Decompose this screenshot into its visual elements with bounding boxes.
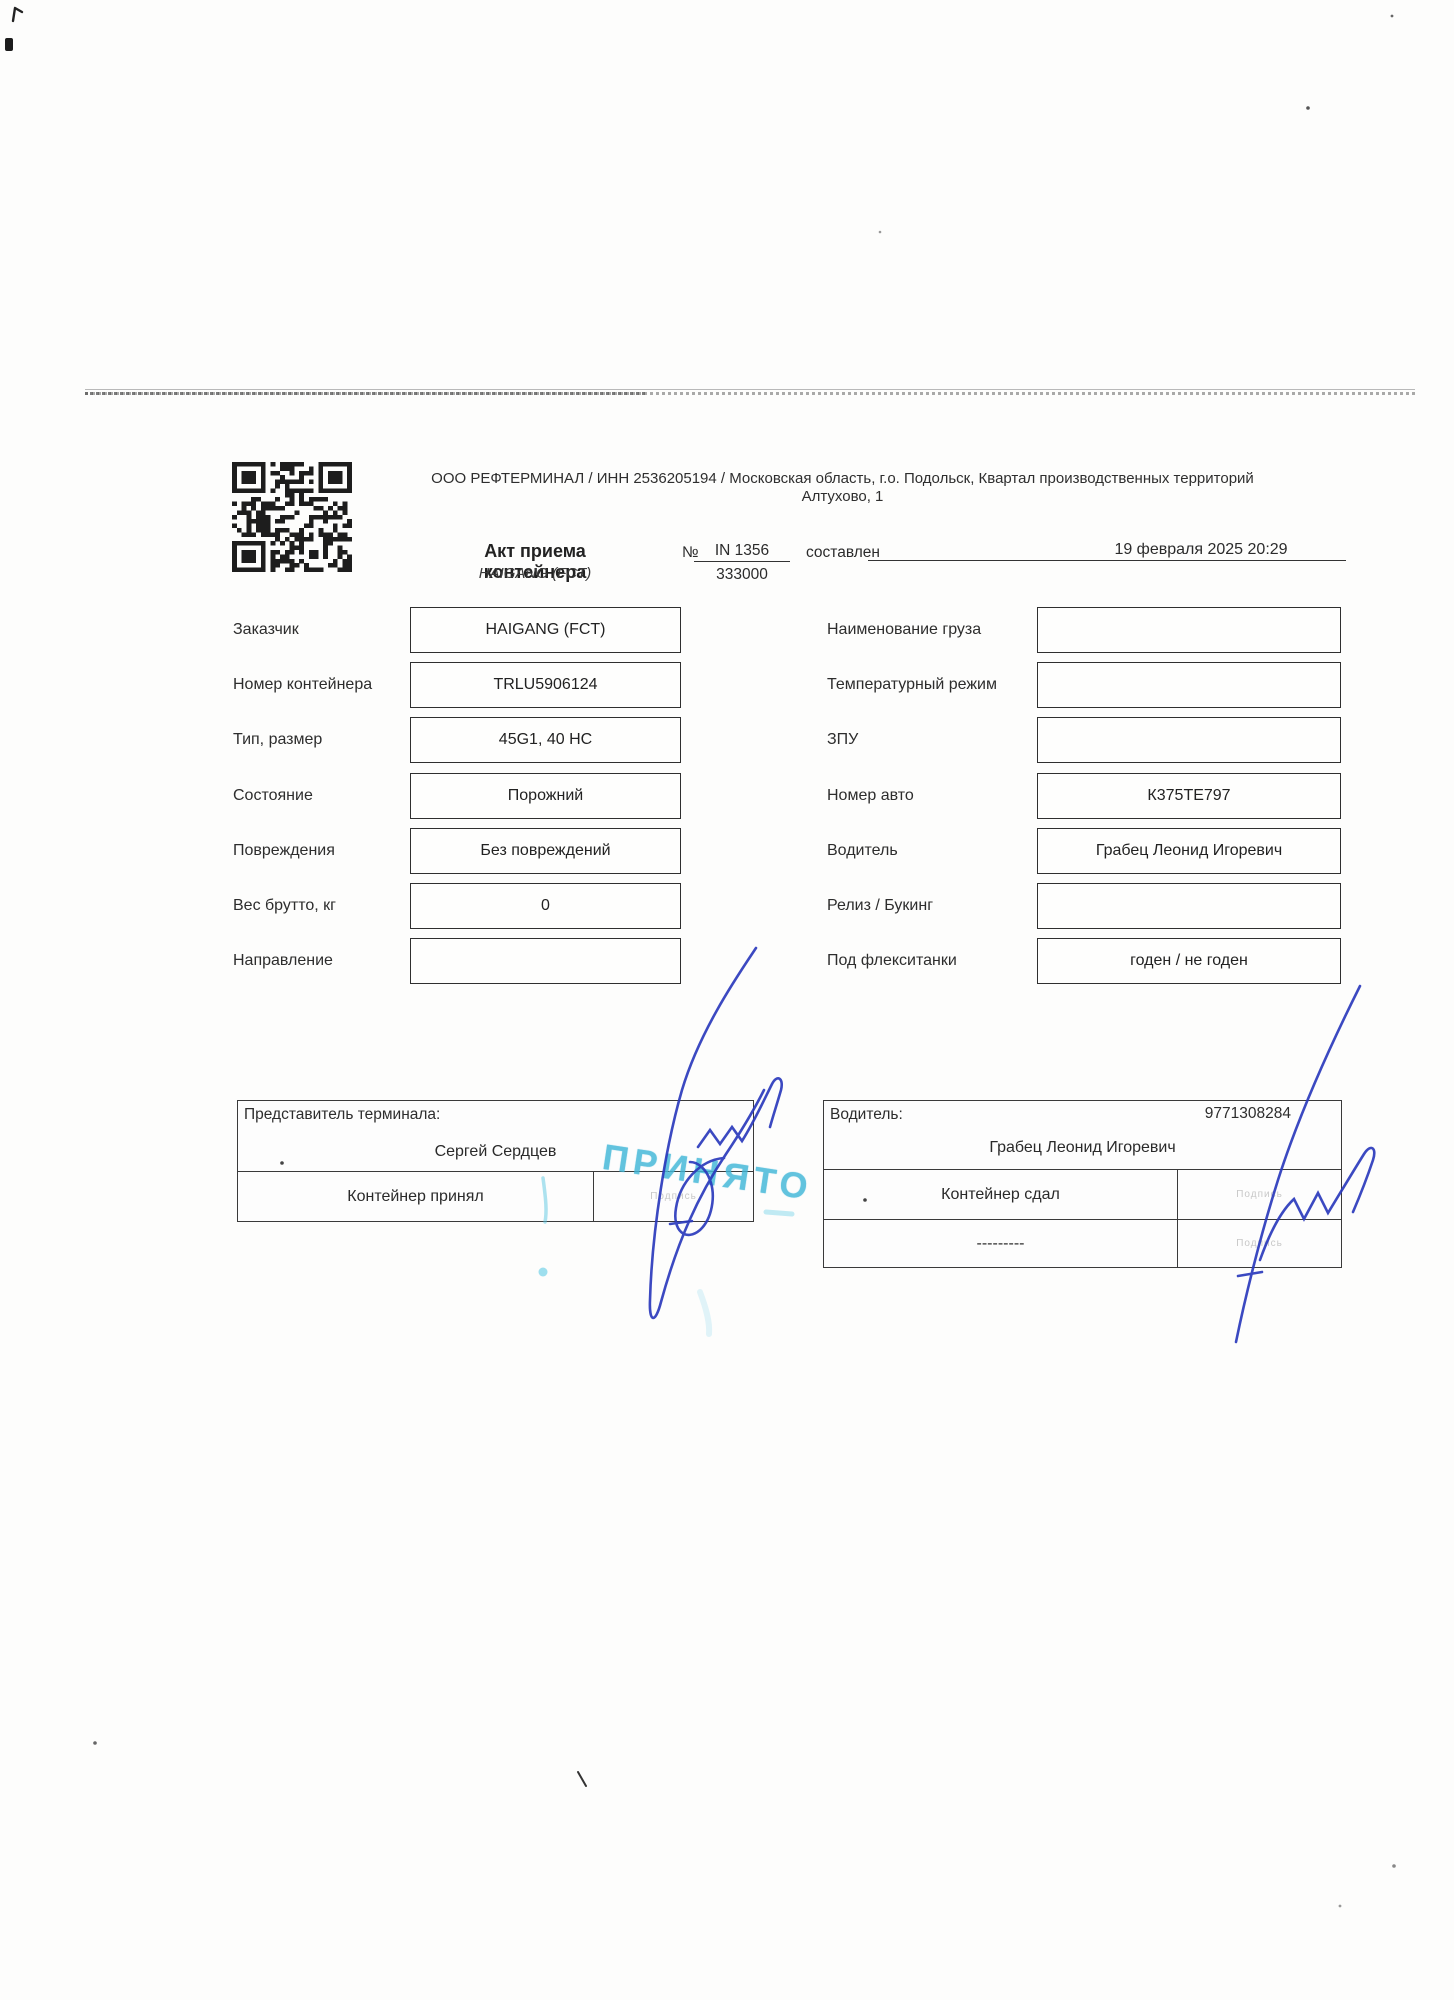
field-label-condition: Состояние xyxy=(233,773,313,819)
field-label-flexitank: Под флекситанки xyxy=(827,938,957,984)
driver-name: Грабец Леонид Игоревич xyxy=(824,1139,1341,1157)
field-value-text: HAIGANG (FCT) xyxy=(486,621,606,639)
field-label-damages: Повреждения xyxy=(233,828,335,874)
field-value-damages: Без повреждений xyxy=(410,828,681,874)
signature-placeholder: Подпись xyxy=(650,1191,697,1202)
scan-artifact-line xyxy=(85,389,1415,390)
field-value-customer: HAIGANG (FCT) xyxy=(410,607,681,653)
handwritten-ink-overlay xyxy=(0,0,1454,2000)
field-value-text: 0 xyxy=(541,897,550,915)
field-value-temperature-mode xyxy=(1037,662,1341,708)
field-label-vehicle-number: Номер авто xyxy=(827,773,914,819)
org-header-line1: ООО РЕФТЕРМИНАЛ / ИНН 2536205194 / Моско… xyxy=(355,470,1330,488)
field-label-customer: Заказчик xyxy=(233,607,299,653)
field-value-driver: Грабец Леонид Игоревич xyxy=(1037,828,1341,874)
field-value-text: Грабец Леонид Игоревич xyxy=(1096,842,1282,860)
field-value-text: TRLU5906124 xyxy=(493,676,597,694)
document-number-sub: 333000 xyxy=(696,566,788,584)
field-value-text: Без повреждений xyxy=(480,842,610,860)
driver-signature-cell: Подпись xyxy=(1177,1170,1341,1219)
field-value-text: годен / не годен xyxy=(1130,952,1248,970)
field-value-text: 45G1, 40 HC xyxy=(499,731,592,749)
field-value-condition: Порожний xyxy=(410,773,681,819)
field-label-seal: ЗПУ xyxy=(827,717,858,763)
scan-artifact-line xyxy=(85,392,645,395)
field-value-seal xyxy=(1037,717,1341,763)
date-underline xyxy=(868,560,1346,561)
dashes-label: --------- xyxy=(824,1220,1177,1267)
terminal-block-header: Представитель терминала: xyxy=(244,1106,440,1124)
composed-date: 19 февраля 2025 20:29 xyxy=(1056,541,1346,559)
field-value-text: Порожний xyxy=(508,787,583,805)
driver-block-header: Водитель: xyxy=(830,1106,903,1124)
field-value-text: К375ТЕ797 xyxy=(1147,787,1230,805)
driver-dashes-row: --------- Подпись xyxy=(824,1219,1341,1267)
driver-action-row: Контейнер сдал Подпись xyxy=(824,1169,1341,1219)
field-value-direction xyxy=(410,938,681,984)
field-value-vehicle-number: К375ТЕ797 xyxy=(1037,773,1341,819)
scanned-document-page: ООО РЕФТЕРМИНАЛ / ИНН 2536205194 / Моско… xyxy=(0,0,1454,2000)
driver-phone: 9771308284 xyxy=(1205,1105,1291,1123)
signature-placeholder: Подпись xyxy=(1236,1189,1283,1200)
driver-signature-block: Водитель: 9771308284 Грабец Леонид Игоре… xyxy=(823,1100,1342,1268)
field-label-driver: Водитель xyxy=(827,828,898,874)
container-handed-label: Контейнер сдал xyxy=(824,1170,1177,1219)
signature-placeholder: Подпись xyxy=(1236,1238,1283,1249)
org-header: ООО РЕФТЕРМИНАЛ / ИНН 2536205194 / Моско… xyxy=(355,470,1330,506)
field-value-gross-weight: 0 xyxy=(410,883,681,929)
driver-signature-cell-2: Подпись xyxy=(1177,1220,1341,1267)
field-label-type-size: Тип, размер xyxy=(233,717,322,763)
container-accepted-label: Контейнер принял xyxy=(238,1172,593,1221)
org-header-line2: Алтухово, 1 xyxy=(355,488,1330,506)
field-value-container-number: TRLU5906124 xyxy=(410,662,681,708)
document-number: IN 1356 xyxy=(696,542,788,560)
document-subtitle: HAIGANG (FCT) xyxy=(437,565,633,582)
field-value-release-booking xyxy=(1037,883,1341,929)
field-value-flexitank: годен / не годен xyxy=(1037,938,1341,984)
qr-code-icon xyxy=(232,462,352,572)
field-label-cargo-name: Наименование груза xyxy=(827,607,981,653)
field-label-release-booking: Релиз / Букинг xyxy=(827,883,933,929)
field-label-direction: Направление xyxy=(233,938,333,984)
field-label-gross-weight: Вес брутто, кг xyxy=(233,883,336,929)
field-label-temperature-mode: Температурный режим xyxy=(827,662,997,708)
field-label-container-number: Номер контейнера xyxy=(233,662,372,708)
field-value-type-size: 45G1, 40 HC xyxy=(410,717,681,763)
number-underline xyxy=(694,561,790,562)
field-value-cargo-name xyxy=(1037,607,1341,653)
